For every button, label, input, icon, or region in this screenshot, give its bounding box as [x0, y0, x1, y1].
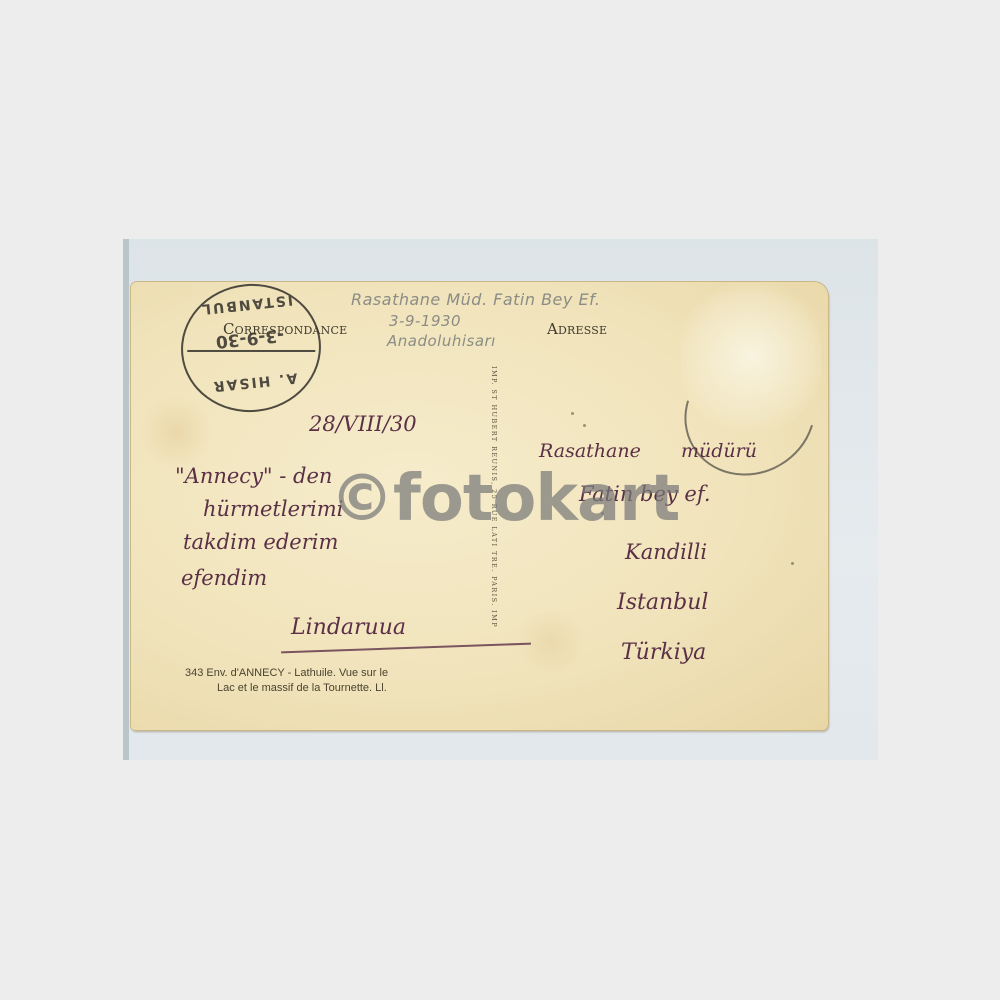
address-line: Kandilli: [625, 540, 707, 564]
message-line: "Annecy" - den: [175, 464, 332, 488]
stain: [141, 392, 211, 472]
ink-speck: [571, 412, 574, 415]
address-heading: Adresse: [547, 320, 607, 338]
message-line: hürmetlerimi: [203, 497, 343, 521]
postmark-istanbul: ISTANBUL -3-9-30 A. HISAR: [175, 282, 328, 419]
printed-caption: 343 Env. d'ANNECY - Lathuile. Vue sur le…: [185, 666, 388, 696]
address-line: Türkiya: [621, 640, 706, 665]
ink-speck: [791, 562, 794, 565]
address-line: Istanbul: [617, 590, 708, 615]
message-line: efendim: [181, 566, 267, 590]
scan-edge: [123, 239, 129, 760]
pencil-note-date: 3-9-1930: [389, 312, 461, 330]
message-line: takdim ederim: [183, 530, 338, 554]
message-date: 28/VIII/30: [309, 412, 417, 436]
pencil-note-line1: Rasathane Müd. Fatin Bey Ef.: [351, 290, 601, 309]
postmark-top-text: ISTANBUL: [178, 289, 315, 319]
postmark-bottom-text: A. HISAR: [186, 367, 323, 397]
pencil-note-place: Anadoluhisarı: [387, 332, 496, 350]
postmark-divider: [187, 350, 315, 352]
printer-imprint: IMP. ST HUBERT REUNIS, 25 RUE LATI TRE. …: [486, 366, 498, 636]
signature-flourish: [281, 643, 531, 654]
caption-line1: 343 Env. d'ANNECY - Lathuile. Vue sur le: [185, 667, 388, 679]
ink-speck: [583, 424, 586, 427]
address-line: Fatin bey ef.: [579, 482, 711, 506]
postcard: ISTANBUL -3-9-30 A. HISAR Correspondance…: [131, 282, 828, 730]
correspondence-heading: Correspondance: [223, 320, 347, 338]
address-line: Rasathane: [539, 440, 641, 462]
ink-speck: [601, 512, 604, 515]
signature: Lindaruua: [291, 615, 406, 640]
caption-line2: Lac et le massif de la Tournette. Ll.: [185, 681, 388, 696]
address-line: müdürü: [681, 440, 757, 462]
